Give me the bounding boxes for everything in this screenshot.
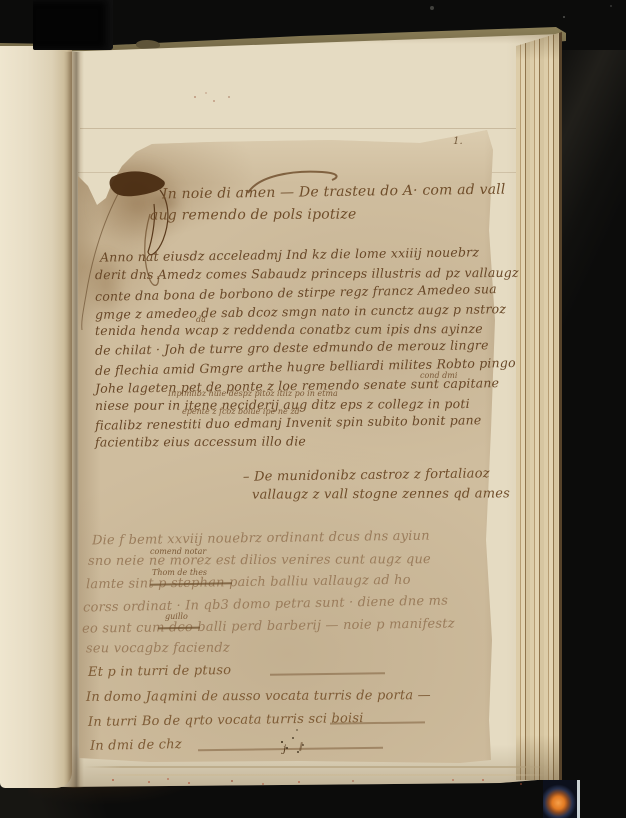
rule-tick-mark	[299, 742, 302, 751]
list-line: In turri Bo de qrto vocata turris sci bo…	[88, 711, 364, 730]
interlinear-insertion: comend notar	[150, 547, 206, 556]
interlinear-insertion: da	[196, 315, 206, 324]
folio-number: 1.	[453, 136, 463, 147]
text-line: Die f bemt xxviij nouebrz ordinant dcus …	[92, 529, 430, 549]
interlinear-insertion: epente z fcoz boiue ipe ne zd	[182, 407, 300, 416]
heading-line: In noie di amen — De trasteu do A· com a…	[162, 182, 506, 203]
heading-line: aug remendo de pols ipotize	[150, 206, 356, 223]
text-line: lamte sint p stephan paich balliu vallau…	[86, 573, 411, 593]
quire-mark: j	[283, 744, 286, 755]
color-reference-marker	[543, 780, 580, 818]
subheading-line: – De munidonibz castroz z fortaliaoz	[243, 466, 490, 484]
text-line: eo sunt cum dco balli perd barberij — no…	[82, 616, 455, 636]
text-line: gmge z amedeo de sab dcoz smgn nato in c…	[95, 301, 506, 322]
list-line: In domo Jaqmini de ausso vocata turris d…	[86, 688, 431, 705]
interlinear-insertion: Inpimlibz huie despz pitoz itiiz po in e…	[168, 389, 338, 398]
trailing-rule	[270, 672, 385, 675]
handwritten-text-layer: 1. In noie di amen — De trasteu do A· co…	[0, 0, 626, 818]
interlinear-insertion: guillo	[165, 612, 188, 621]
text-line: conte dna bona de borbono de stirpe regz…	[95, 281, 497, 304]
manuscript-photo-scene: 1. In noie di amen — De trasteu do A· co…	[0, 0, 626, 818]
text-line: sno neie ne morez est dilios venires cun…	[88, 552, 431, 569]
dust-specks	[0, 0, 2, 2]
trailing-rule	[330, 721, 425, 724]
list-line: In dmi de chz	[90, 737, 182, 754]
trailing-rule	[198, 747, 383, 751]
subheading-line: vallaugz z vall stogne zennes qd ames	[252, 486, 510, 502]
text-line: de chilat · Joh de turre gro deste edmun…	[95, 337, 489, 357]
text-line: seu vocagbz faciendz	[86, 641, 230, 657]
text-line: derit dns Amedz comes Sabaudz princeps i…	[95, 265, 519, 282]
text-line: tenida henda wcap z reddenda conatbz cum…	[95, 321, 483, 338]
text-line: corss ordinat · In qb3 domo petra sunt ·…	[83, 593, 448, 615]
interlinear-insertion: Thom de thes	[152, 568, 207, 577]
list-line: Et p in turri de ptuso	[88, 663, 231, 680]
text-line: facientibz eius accessum illo die	[95, 433, 306, 449]
bookmark-ribbon	[33, 0, 113, 50]
interlinear-insertion: cond dmi	[420, 371, 457, 380]
text-line: Anno nat eiusdz acceleadmj Ind kz die lo…	[100, 244, 479, 264]
